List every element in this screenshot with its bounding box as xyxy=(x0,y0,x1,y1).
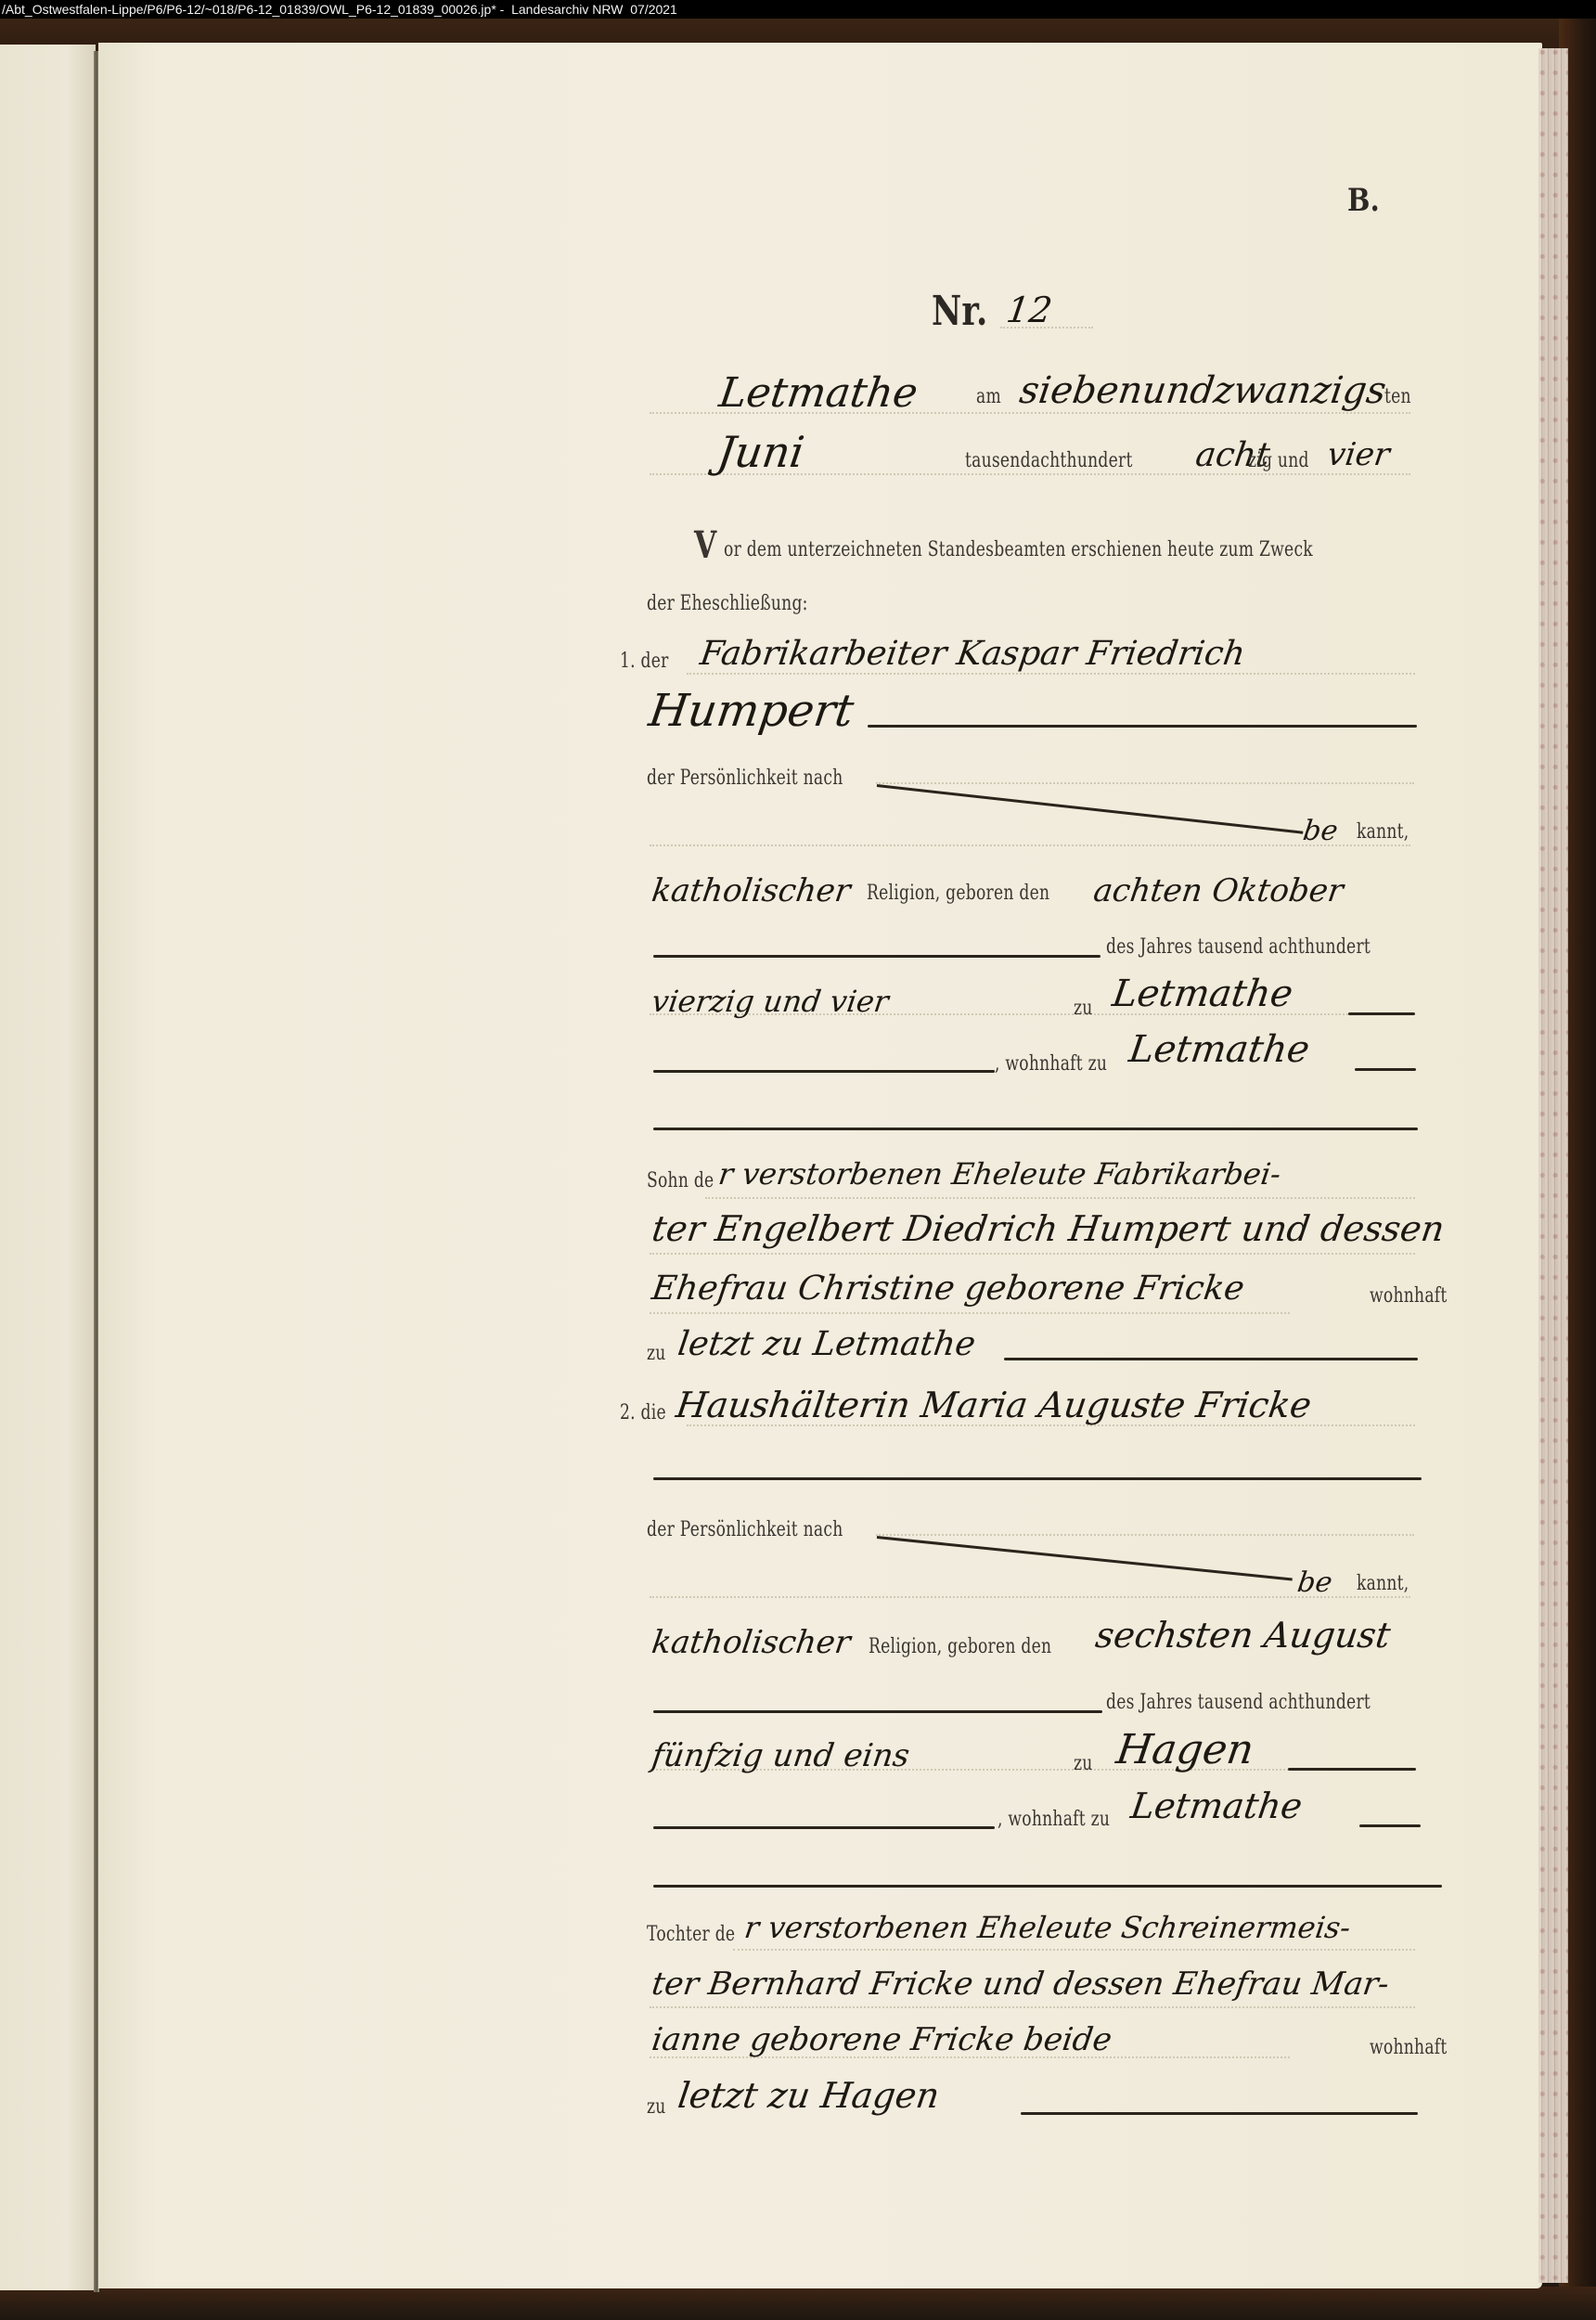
bride-zu-label: zu xyxy=(1074,1752,1093,1775)
dotted-line xyxy=(687,673,1415,675)
groom-parents-line-3: Ehefrau Christine geborene Fricke xyxy=(650,1270,1246,1308)
dotted-line xyxy=(705,1197,1415,1199)
groom-index-label: 1. der xyxy=(620,650,669,673)
fill-rule xyxy=(653,1128,1418,1130)
groom-parents-residence: letzt zu Letmathe xyxy=(676,1325,978,1363)
dotted-line xyxy=(876,1534,1414,1536)
fill-rule xyxy=(653,1710,1102,1713)
intro-initial: V xyxy=(694,523,716,567)
groom-residence: Letmathe xyxy=(1126,1028,1312,1071)
bride-known-suffix: kannt, xyxy=(1357,1572,1409,1595)
groom-identity-label: der Persönlichkeit nach xyxy=(647,767,843,790)
dotted-line xyxy=(650,844,1410,846)
marriage-register-form: B. Nr. 12 Letmathe am siebenundzwanzigs … xyxy=(0,0,1596,2320)
fill-rule xyxy=(653,1477,1422,1480)
year-units-field: vier xyxy=(1325,436,1392,473)
bride-residence: Letmathe xyxy=(1128,1785,1305,1826)
bride-birth-year-words: fünfzig und eins xyxy=(650,1737,912,1774)
dotted-line xyxy=(650,1253,1415,1255)
bride-birth-day-month: sechsten August xyxy=(1093,1615,1393,1656)
bride-identity-label: der Persönlichkeit nach xyxy=(647,1518,843,1541)
intro-line-2: der Eheschließung: xyxy=(647,592,808,615)
bride-parents-wohnhaft: wohnhaft xyxy=(1370,2036,1448,2059)
entry-number-label: Nr. xyxy=(932,288,987,335)
bride-year-label: des Jahres tausend achthundert xyxy=(1106,1691,1371,1714)
groom-surname: Humpert xyxy=(646,685,857,737)
strike-slash xyxy=(877,1536,1293,1580)
dotted-line xyxy=(876,782,1414,784)
groom-parents-label: Sohn de xyxy=(647,1169,714,1192)
place-field: Letmathe xyxy=(716,369,920,417)
zig-und-label: zig und xyxy=(1248,449,1309,472)
groom-known-prefix: be xyxy=(1301,815,1340,847)
groom-parents-line-2: ter Engelbert Diedrich Humpert und desse… xyxy=(650,1208,1447,1249)
dotted-line xyxy=(650,2006,1415,2008)
groom-religion: katholischer xyxy=(650,872,853,909)
fill-rule xyxy=(1355,1068,1416,1071)
register-mark: B. xyxy=(1347,182,1380,219)
fill-rule xyxy=(653,1070,995,1073)
dotted-line xyxy=(733,1949,1415,1951)
bride-parents-line-2: ter Bernhard Fricke und dessen Ehefrau M… xyxy=(650,1966,1391,2003)
groom-birth-year-words: vierzig und vier xyxy=(650,984,891,1019)
groom-religion-label: Religion, geboren den xyxy=(867,882,1049,905)
bride-parents-label: Tochter de xyxy=(647,1923,735,1946)
groom-parents-zu-label: zu xyxy=(647,1342,666,1365)
bride-parents-zu-label: zu xyxy=(647,2095,666,2119)
month-field: Juni xyxy=(714,427,807,477)
fill-rule xyxy=(653,955,1100,958)
am-label: am xyxy=(976,385,1001,408)
bride-index-label: 2. die xyxy=(620,1401,666,1424)
groom-parents-wohnhaft: wohnhaft xyxy=(1370,1284,1448,1308)
dotted-line xyxy=(1000,327,1093,329)
fill-rule xyxy=(1348,1012,1415,1015)
fill-rule xyxy=(653,1885,1442,1888)
fill-rule xyxy=(1004,1358,1418,1360)
bride-wohnhaft-label: , wohnhaft zu xyxy=(997,1808,1110,1831)
bride-parents-line-3: ianne geborene Fricke beide xyxy=(650,2021,1114,2058)
tausendachthundert-label: tausendachthundert xyxy=(965,449,1133,472)
groom-zu-label: zu xyxy=(1074,997,1093,1020)
groom-birth-place: Letmathe xyxy=(1110,973,1295,1015)
groom-wohnhaft-label: , wohnhaft zu xyxy=(995,1052,1107,1076)
fill-rule xyxy=(868,725,1417,728)
bride-religion: katholischer xyxy=(650,1624,853,1661)
ten-label: ten xyxy=(1384,385,1411,408)
strike-slash xyxy=(877,784,1304,834)
day-field: siebenundzwanzigs xyxy=(1017,369,1389,412)
bride-known-prefix: be xyxy=(1295,1566,1334,1599)
entry-number-value: 12 xyxy=(1004,290,1055,330)
groom-occupation-name: Fabrikarbeiter Kaspar Friedrich xyxy=(698,635,1247,673)
intro-line-1: or dem unterzeichneten Standesbeamten er… xyxy=(724,538,1313,561)
groom-parents-line-1: r verstorbenen Eheleute Fabrikarbei- xyxy=(716,1156,1283,1192)
bride-parents-line-1: r verstorbenen Eheleute Schreinermeis- xyxy=(742,1910,1353,1945)
bride-religion-label: Religion, geboren den xyxy=(869,1635,1051,1658)
fill-rule xyxy=(653,1826,995,1829)
bride-occupation-name: Haushälterin Maria Auguste Fricke xyxy=(674,1385,1314,1425)
fill-rule xyxy=(1359,1824,1421,1827)
fill-rule xyxy=(1288,1768,1416,1771)
groom-year-label: des Jahres tausend achthundert xyxy=(1106,935,1371,959)
bride-birth-place: Hagen xyxy=(1113,1726,1256,1773)
bride-parents-residence: letzt zu Hagen xyxy=(676,2075,942,2116)
fill-rule xyxy=(1021,2112,1418,2115)
groom-known-suffix: kannt, xyxy=(1357,820,1409,844)
dotted-line xyxy=(650,1312,1290,1314)
groom-birth-day-month: achten Oktober xyxy=(1091,872,1345,909)
